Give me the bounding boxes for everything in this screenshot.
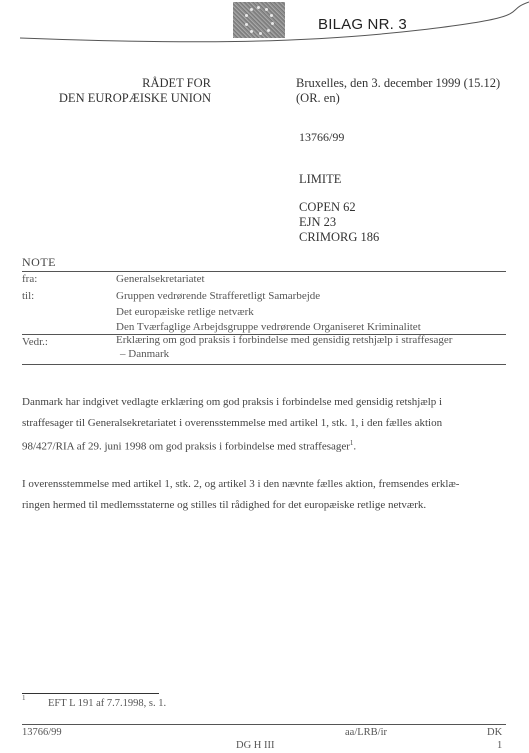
paragraph-line: 98/427/RIA af 29. juni 1998 om god praks…: [22, 433, 492, 457]
paragraph-end: .: [353, 441, 356, 453]
sender-block: RÅDET FOR DEN EUROPÆISKE UNION: [59, 76, 211, 106]
sender-line-1: RÅDET FOR: [59, 76, 211, 91]
subject-label: Vedr.:: [22, 336, 48, 348]
footer-doc-number: 13766/99: [22, 727, 62, 738]
document-codes: COPEN 62 EJN 23 CRIMORG 186: [299, 200, 379, 245]
subject-line: – Danmark: [120, 348, 169, 360]
paragraph-line: ringen hermed til medlemsstaterne og sti…: [22, 495, 492, 516]
footnote-number: 1: [22, 694, 26, 702]
body-paragraph-2: I overensstemmelse med artikel 1, stk. 2…: [22, 474, 492, 515]
footnote-rule: [22, 693, 159, 694]
paragraph-line: straffesager til Generalsekretariatet i …: [22, 413, 492, 434]
classification: LIMITE: [299, 172, 341, 187]
to-value: Gruppen vedrørende Strafferetligt Samarb…: [116, 290, 320, 302]
footer-directorate: DG H III: [236, 740, 275, 751]
subject-line: Erklæring om god praksis i forbindelse m…: [116, 334, 452, 346]
document-number: 13766/99: [299, 130, 344, 145]
divider: [22, 364, 506, 365]
code: COPEN 62: [299, 200, 379, 215]
original-language: (OR. en): [296, 91, 500, 106]
to-value: Det europæiske retlige netværk: [116, 306, 254, 318]
to-label: til:: [22, 290, 34, 302]
page-number: 1: [497, 740, 502, 751]
from-value: Generalsekretariatet: [116, 273, 205, 285]
date-block: Bruxelles, den 3. december 1999 (15.12) …: [296, 76, 500, 106]
footer-divider: [22, 724, 506, 725]
paragraph-line: I overensstemmelse med artikel 1, stk. 2…: [22, 474, 492, 495]
footnote-text: EFT L 191 af 7.7.1998, s. 1.: [48, 698, 166, 709]
sender-line-2: DEN EUROPÆISKE UNION: [59, 91, 211, 106]
to-value: Den Tværfaglige Arbejdsgruppe vedrørende…: [116, 321, 421, 333]
annex-label: BILAG NR. 3: [318, 16, 407, 33]
body-paragraph-1: Danmark har indgivet vedlagte erklæring …: [22, 392, 492, 457]
code: CRIMORG 186: [299, 230, 379, 245]
eu-emblem-icon: [233, 2, 285, 38]
from-label: fra:: [22, 273, 37, 285]
date-line: Bruxelles, den 3. december 1999 (15.12): [296, 76, 500, 91]
divider: [22, 271, 506, 272]
footer-language: DK: [487, 727, 502, 738]
paragraph-line: Danmark har indgivet vedlagte erklæring …: [22, 392, 492, 413]
footer-initials: aa/LRB/ir: [345, 727, 387, 738]
code: EJN 23: [299, 215, 379, 230]
note-title: NOTE: [22, 255, 56, 270]
paragraph-text: 98/427/RIA af 29. juni 1998 om god praks…: [22, 441, 350, 453]
